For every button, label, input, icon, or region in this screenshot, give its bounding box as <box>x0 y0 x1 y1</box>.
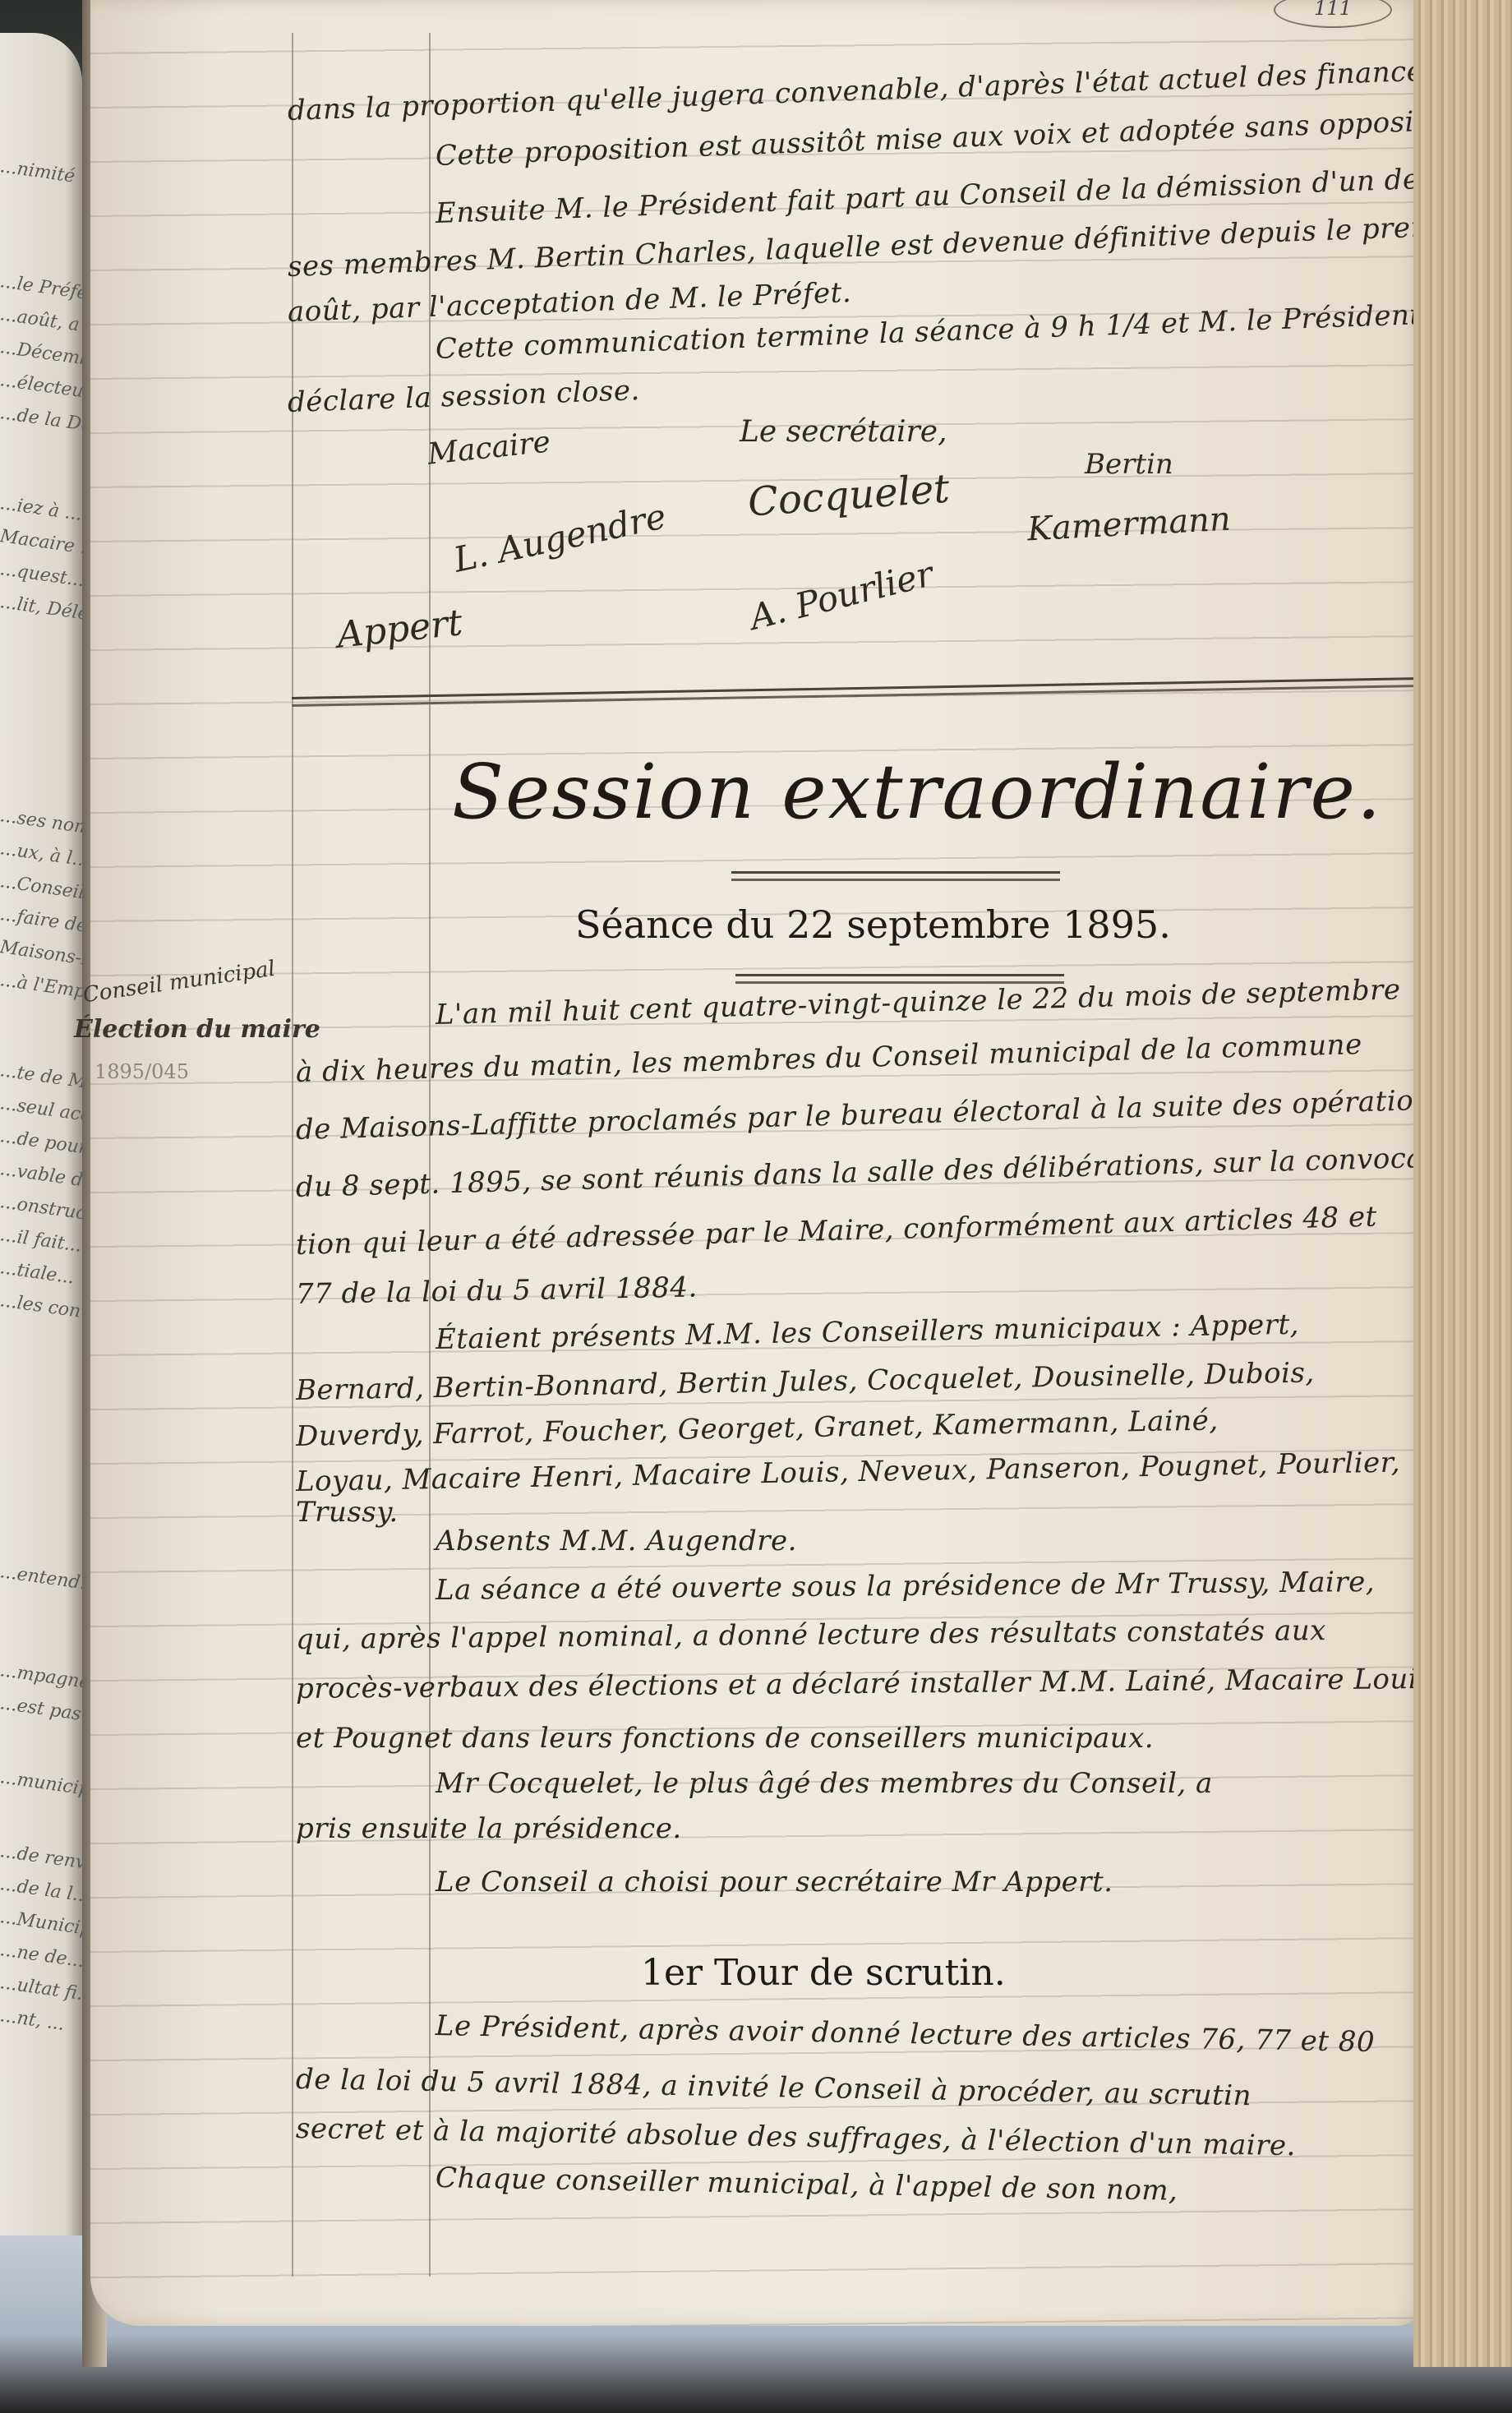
margin-rule <box>292 33 293 2277</box>
left-page-fragment: ...les conven... <box>0 1290 82 1322</box>
date-underline <box>735 974 1064 984</box>
margin-note-election: Élection du maire <box>74 1015 320 1044</box>
left-page-fragment: ...Décembre... <box>0 337 82 369</box>
text-line: Trussy. <box>296 1496 399 1529</box>
left-page-fragment: ...mpagne... <box>0 1660 82 1692</box>
left-page-fragment: ...est pas... <box>0 1693 82 1725</box>
left-page-fragment: ...Municip... <box>0 1907 82 1939</box>
left-page-fragment: ...ux, à l... <box>0 838 82 870</box>
text-line: Mr Cocquelet, le plus âgé des membres du… <box>436 1767 1213 1800</box>
left-page-fragment: ...nt, ... <box>0 2005 82 2037</box>
left-page-fragment: ...de la l... <box>0 1874 82 1906</box>
left-page-fragment: ...te de M... <box>0 1060 82 1092</box>
left-page-fragment: ...municip... <box>0 1767 82 1799</box>
text-line: pris ensuite la présidence. <box>296 1812 682 1845</box>
left-page-fragment: ...août, a l... <box>0 304 82 336</box>
secretary-label: Le secrétaire, <box>740 415 947 449</box>
left-page-fragment: ...onstruction... <box>0 1192 82 1224</box>
text-line: 77 de la loi du 5 avril 1884. <box>296 1271 698 1311</box>
signature: Bertin <box>1085 448 1173 481</box>
left-page-fragment: ...il fait... <box>0 1225 82 1257</box>
text-line: Absents M.M. Augendre. <box>436 1525 797 1557</box>
left-page-fragment: ...nimité <box>0 156 82 188</box>
left-page-fragment: ...Conseil... <box>0 871 82 903</box>
left-page-fragment: ...le Préfet <box>0 271 82 303</box>
left-page-fragment: ...de pour... <box>0 1126 82 1158</box>
left-page-fragment: ...faire de... <box>0 904 82 936</box>
margin-rule <box>429 33 431 2277</box>
book-page-edges <box>1413 0 1512 2367</box>
left-page-fragment: ...ne de... <box>0 1940 82 1972</box>
left-page-fragment: Maisons-Laffitte <box>0 937 82 969</box>
text-line: et Pougnet dans leurs fonctions de conse… <box>296 1722 1154 1755</box>
left-page-fragment: ...à l'Emp... <box>0 970 82 1002</box>
register-page: 111 dans la proportion qu'elle jugera co… <box>90 0 1422 2326</box>
session-date: Séance du 22 septembre 1895. <box>575 902 1171 947</box>
left-page-fragment: ...ses nominat... <box>0 805 82 837</box>
left-page-fragment: ...de la Délib... <box>0 403 82 435</box>
left-page-fragment: ...ultat fi... <box>0 1972 82 2005</box>
left-page-fragment: ...vable de... <box>0 1159 82 1191</box>
left-page-fragment: ...tiale... <box>0 1257 82 1290</box>
left-page-fragment: ...iez à ... <box>0 493 82 525</box>
left-page-fragment: ...entend... <box>0 1562 82 1594</box>
left-page-fragment: ...seul accé... <box>0 1093 82 1125</box>
left-page-fragment: ...de renv... <box>0 1841 82 1873</box>
left-page-fragment: ...lit, Délég... <box>0 592 82 624</box>
title-underline <box>731 871 1060 881</box>
archive-reference: 1895/045 <box>94 1060 189 1083</box>
left-page-fragment: ...électeurs... <box>0 370 82 402</box>
session-title: Session extraordinaire. <box>452 748 1382 836</box>
left-page-fragment: Macaire ... <box>0 526 82 558</box>
left-page: ...nimité ...le Préfet ...août, a l... .… <box>0 33 82 2235</box>
text-line: Le Conseil a choisi pour secrétaire Mr A… <box>436 1866 1113 1899</box>
ballot-round-heading: 1er Tour de scrutin. <box>641 1952 1006 1994</box>
left-page-fragment: ...quest... <box>0 559 82 591</box>
